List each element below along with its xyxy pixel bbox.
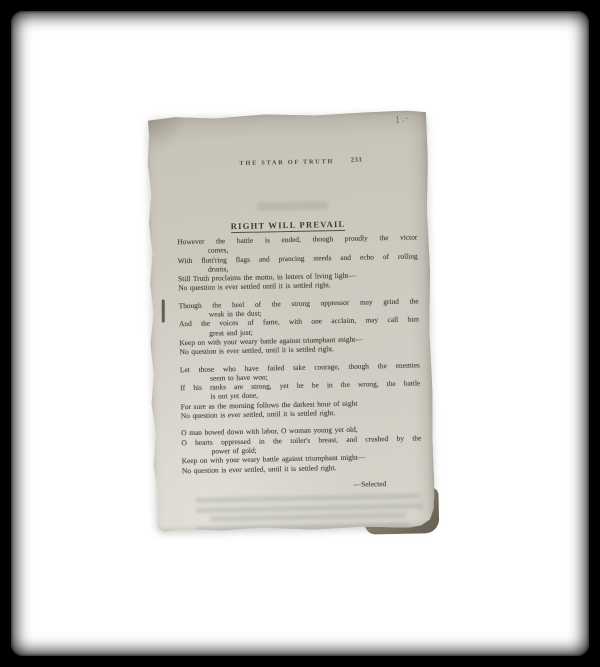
poem-body: However the battle is ended, though prou… [147,232,435,536]
poem-stanza: Let those who have failed take courage, … [180,360,421,421]
show-through-smudge [257,201,329,210]
show-through-text [196,494,424,532]
pencil-price-mark: 1.- [394,113,411,126]
poem-stanza: However the battle is ended, though prou… [177,232,418,293]
page-number: 233 [351,157,363,164]
staple [162,300,165,323]
show-through-line [210,513,406,522]
show-through-line [196,494,420,503]
poem-stanza: O man bowed down with labor, O woman you… [181,424,422,475]
poem-stanza: Though the heel of the strong oppressor … [179,296,420,357]
framed-photo: 1.- THE STAR OF TRUTH 233 RIGHT WILL PRE… [0,0,600,667]
show-through-line [196,503,424,513]
poem-title: RIGHT WILL PREVAIL [231,219,346,233]
booklet-page: 1.- THE STAR OF TRUTH 233 RIGHT WILL PRE… [145,110,435,534]
running-header: THE STAR OF TRUTH [146,156,428,169]
poem-attribution: —Selected [182,478,422,492]
booklet-photo: 1.- THE STAR OF TRUTH 233 RIGHT WILL PRE… [145,110,435,534]
